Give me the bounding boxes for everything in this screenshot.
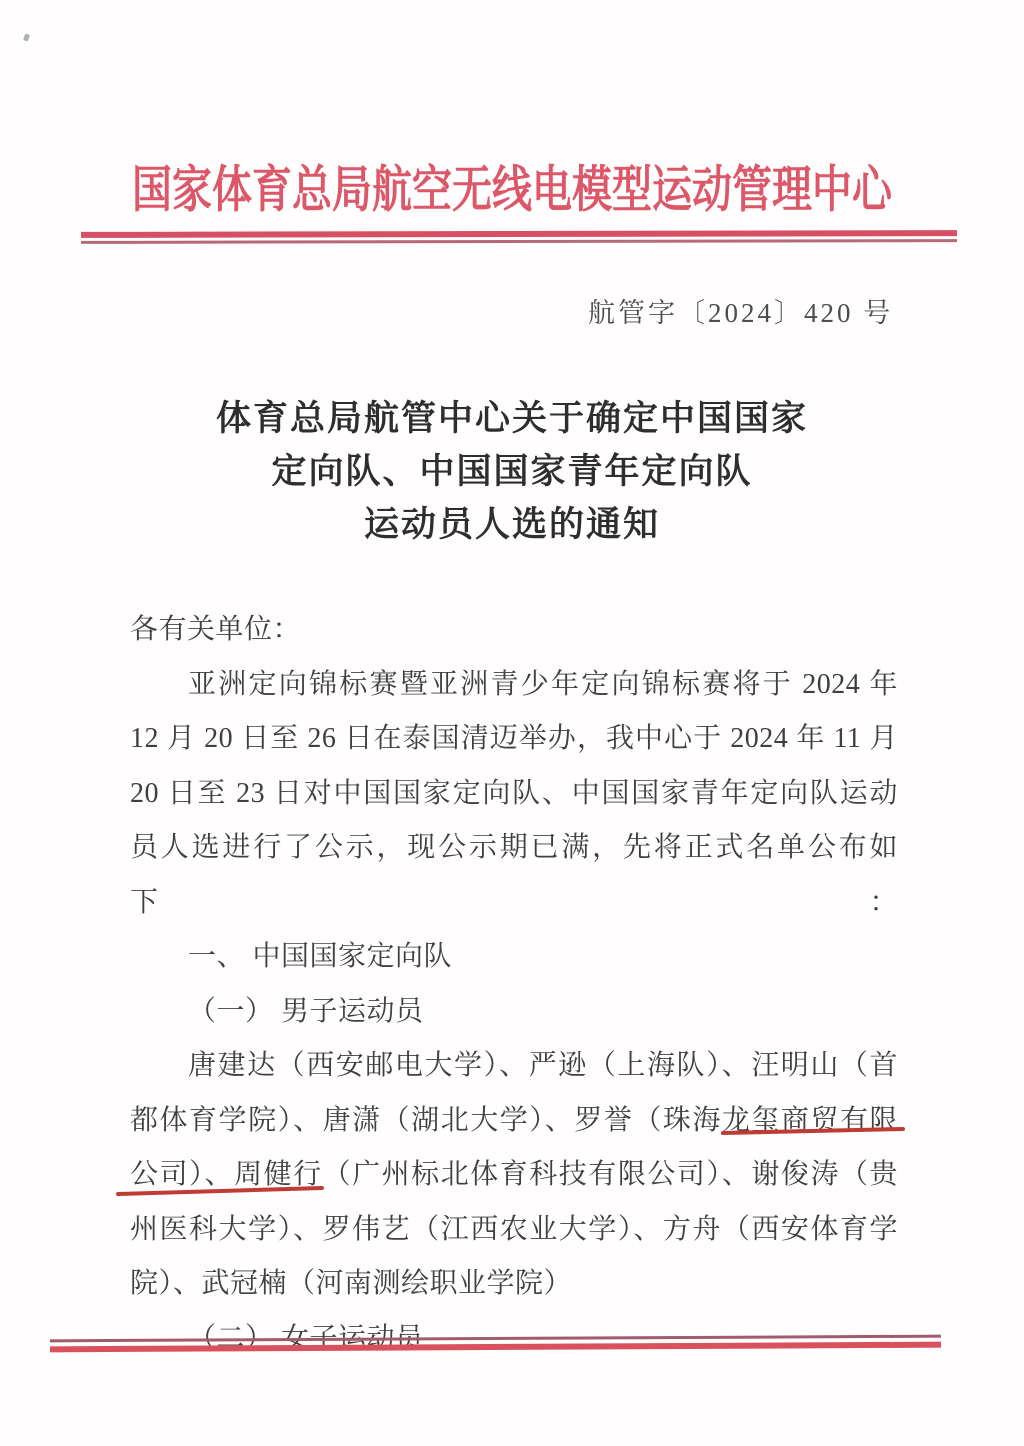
document-title-line: 体育总局航管中心关于确定中国国家 [0, 392, 1024, 445]
body-line: 员人选进行了公示，现公示期已满，先将正式名单公布如下： [130, 821, 898, 930]
document-title-line: 运动员人选的通知 [0, 498, 1024, 551]
body-line: 都体育学院）、唐潇（湖北大学）、罗誉（珠海龙玺商贸有限 [130, 1094, 898, 1149]
body-line: 一、 中国国家定向队 [130, 930, 898, 985]
letterhead-divider [81, 230, 957, 244]
letterhead-divider-thin-line [81, 239, 957, 244]
body-line: （一） 男子运动员 [130, 985, 898, 1040]
document-body: 各有关单位： 亚洲定向锦标赛暨亚洲青少年定向锦标赛将于 2024 年 12 月 … [130, 603, 898, 1366]
body-line: 20 日至 23 日对中国国家定向队、中国国家青年定向队运动 [130, 767, 898, 822]
body-line: 州医科大学）、罗伟艺（江西农业大学）、方舟（西安体育学 [130, 1203, 898, 1258]
document-number: 航管字〔2024〕420 号 [588, 291, 893, 330]
body-line: 12 月 20 日至 26 日在泰国清迈举办，我中心于 2024 年 11 月 [130, 712, 898, 767]
document-page: 国家体育总局航空无线电模型运动管理中心 航管字〔2024〕420 号 体育总局航… [0, 0, 1024, 1446]
letterhead-org-name: 国家体育总局航空无线电模型运动管理中心 [0, 150, 1024, 221]
document-title: 体育总局航管中心关于确定中国国家 定向队、中国国家青年定向队 运动员人选的通知 [0, 392, 1024, 551]
body-line: 公司）、周健行（广州标北体育科技有限公司）、谢俊涛（贵 [130, 1148, 898, 1203]
scan-artifact-dot [23, 33, 30, 41]
body-line: 唐建达（西安邮电大学）、严逊（上海队）、汪明山（首 [130, 1039, 898, 1094]
document-title-line: 定向队、中国国家青年定向队 [0, 445, 1024, 498]
salutation: 各有关单位： [130, 603, 898, 658]
body-line: 亚洲定向锦标赛暨亚洲青少年定向锦标赛将于 2024 年 [130, 658, 898, 713]
body-line: 院）、武冠楠（河南测绘职业学院） [130, 1257, 898, 1312]
